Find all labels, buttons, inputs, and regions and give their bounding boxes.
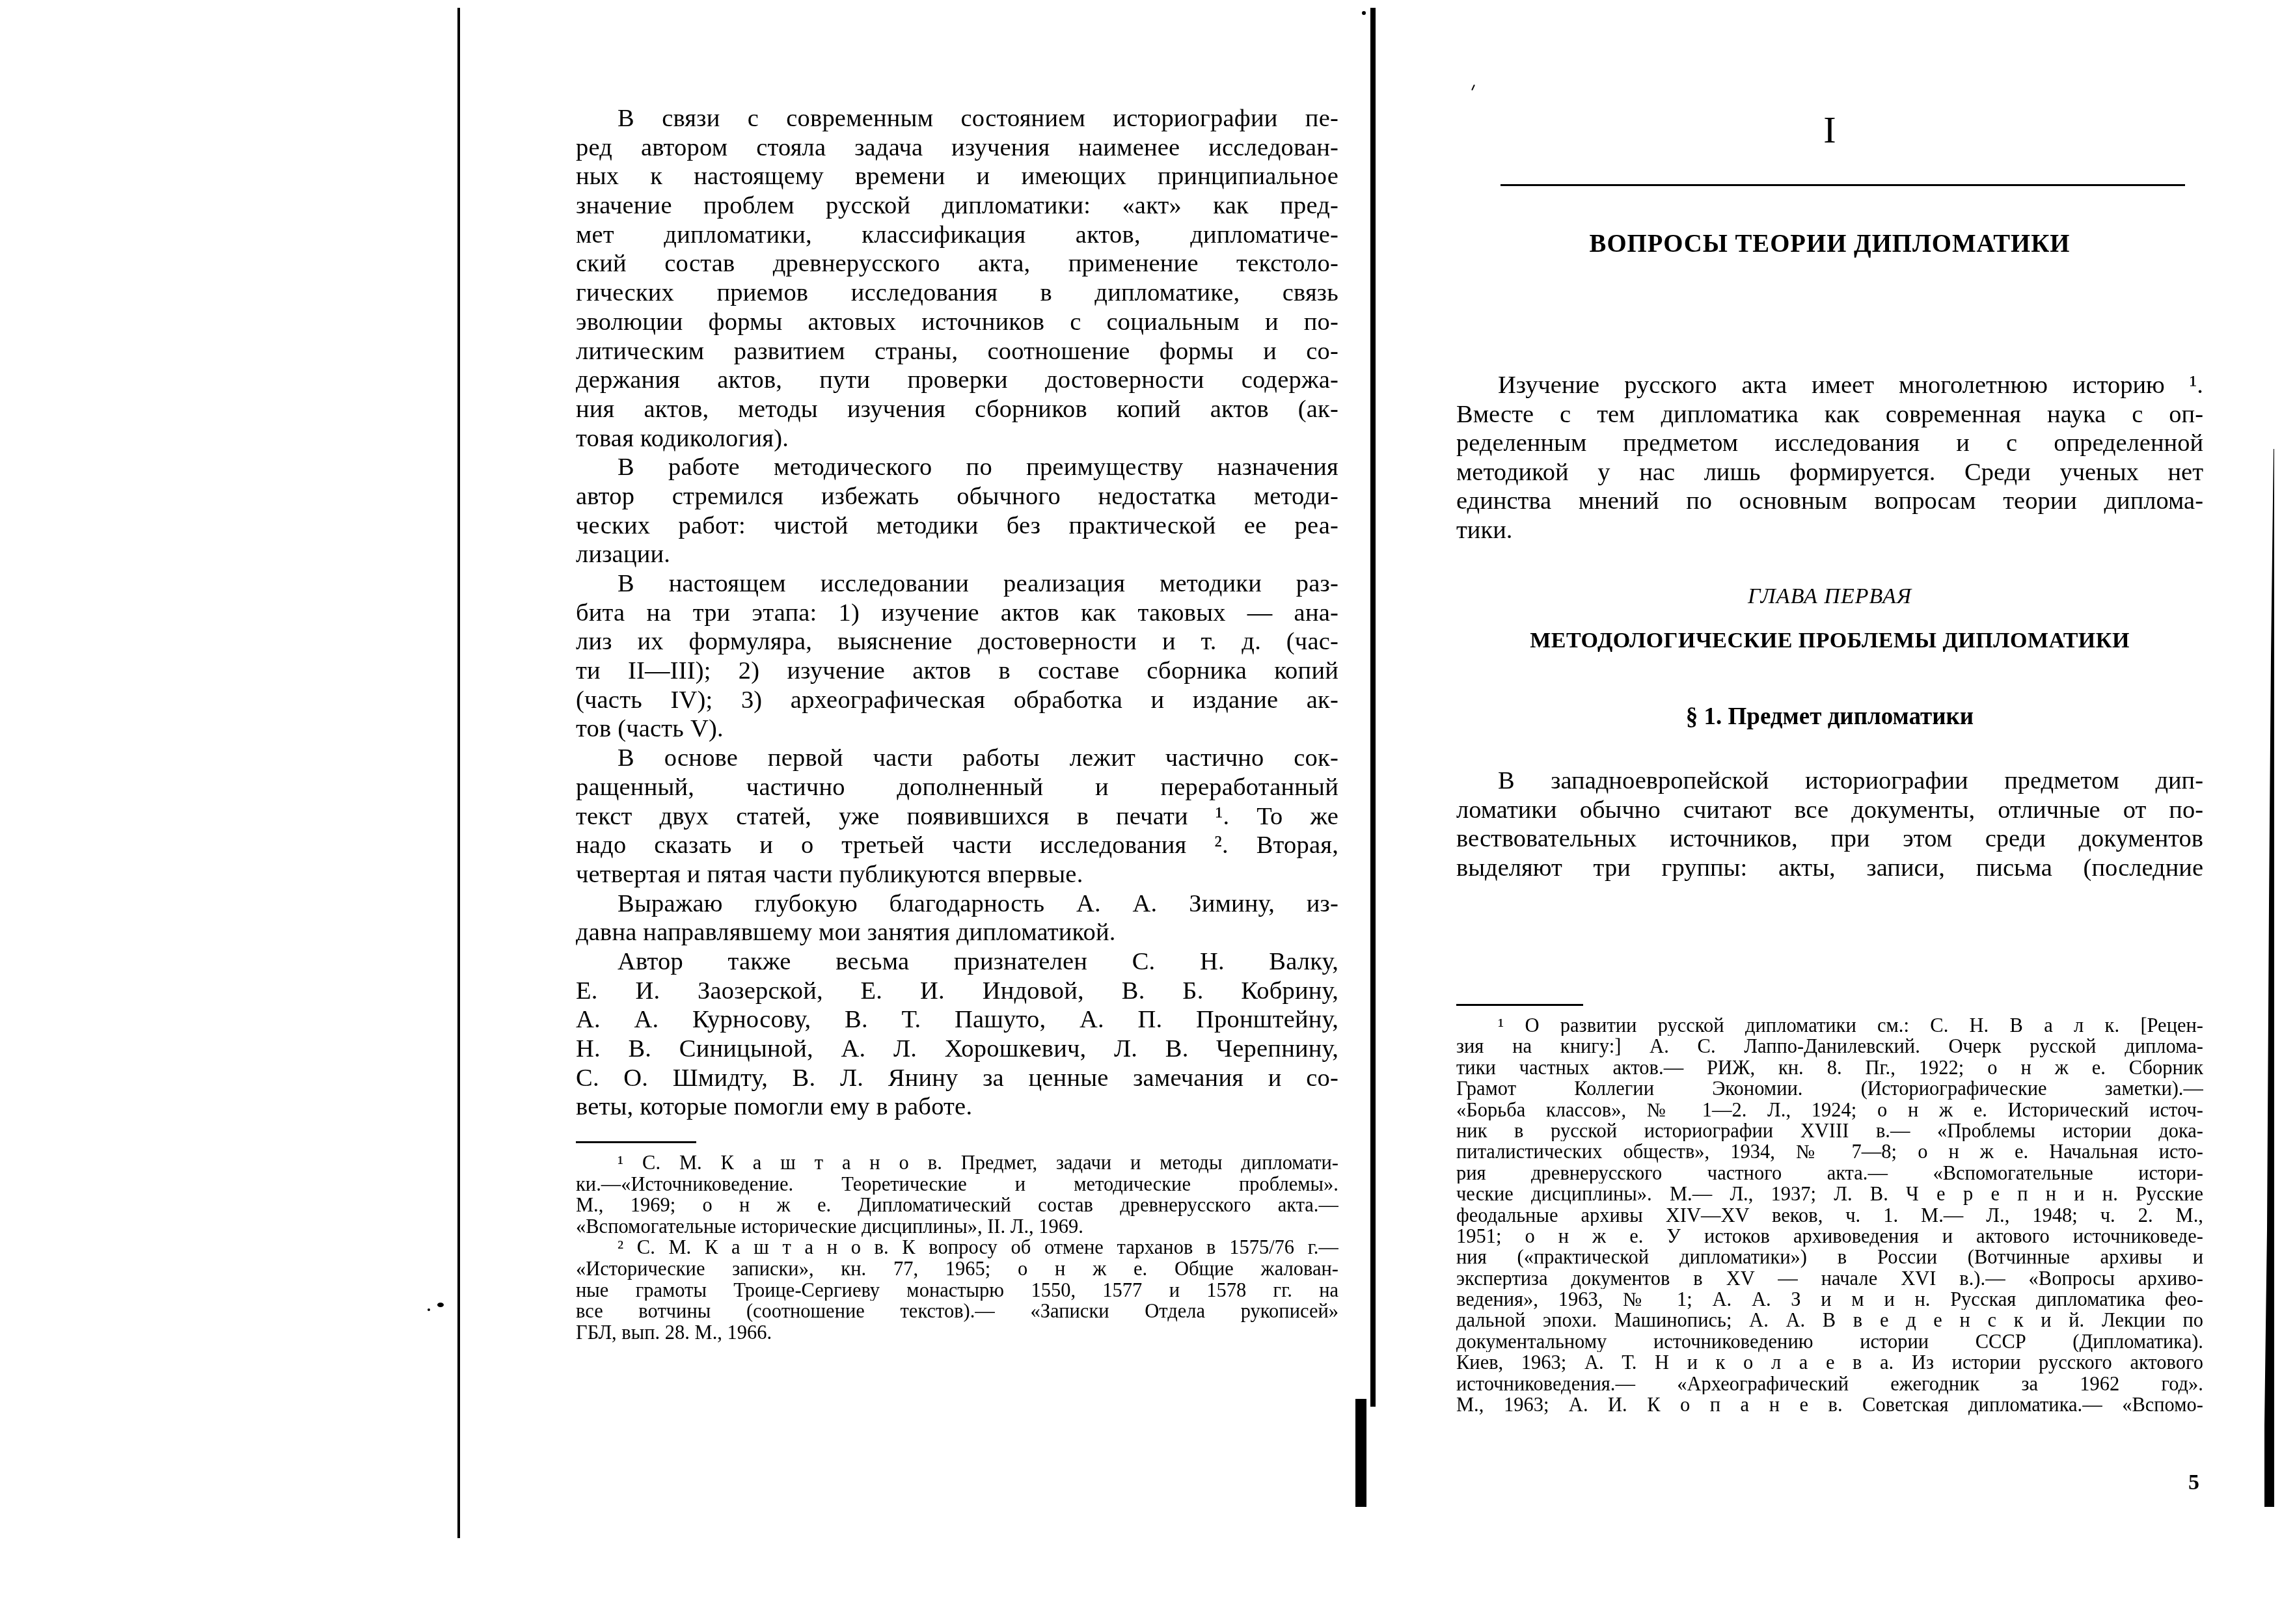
left-footnotes: ¹ С. М. К а ш т а н о в. Предмет, задачи… xyxy=(576,1152,1338,1343)
footnote-line: ведения», 1963, № 1; А. А. З и м и н. Ру… xyxy=(1456,1289,2203,1310)
text-line: В настоящем исследовании реализация мето… xyxy=(576,569,1338,599)
spine-line xyxy=(1370,8,1376,1407)
text-line: С. О. Шмидту, В. Л. Янину за ценные заме… xyxy=(576,1064,1338,1093)
text-line: четвертая и пятая части публикуются впер… xyxy=(576,860,1338,889)
chapter-label: ГЛАВА ПЕРВАЯ xyxy=(1456,584,2203,609)
text-line: ния актов, методы изучения сборников коп… xyxy=(576,395,1338,424)
preface-body: В связи с современным состоянием историо… xyxy=(576,104,1338,1122)
text-line: ращенный, частично дополненный и перераб… xyxy=(576,773,1338,802)
footnote-line: Грамот Коллегии Экономии. (Историографич… xyxy=(1456,1078,2203,1099)
text-line: ческих работ: чистой методики без практи… xyxy=(576,511,1338,541)
footnote-line: «Борьба классов», № 1—2. Л., 1924; о н ж… xyxy=(1456,1100,2203,1120)
text-line: ти II—III); 2) изучение актов в составе … xyxy=(576,656,1338,686)
footnote-line: ¹ О развитии русской дипломатики см.: С.… xyxy=(1456,1015,2203,1036)
text-line: вествовательных источников, при этом сре… xyxy=(1456,824,2203,854)
left-page: В связи с современным состоянием историо… xyxy=(576,104,1338,1343)
text-line: товая кодикология). xyxy=(576,424,1338,453)
text-line: (часть IV); 3) археографическая обработк… xyxy=(576,686,1338,715)
footnote-line: «Исторические записки», кн. 77, 1965; о … xyxy=(576,1258,1338,1280)
left-page-edge-line xyxy=(457,8,460,1538)
text-line: тов (часть V). xyxy=(576,714,1338,744)
text-line: ных к настоящему времени и имеющих принц… xyxy=(576,162,1338,191)
footnote-line: ¹ С. М. К а ш т а н о в. Предмет, задачи… xyxy=(576,1152,1338,1174)
section-title: § 1. Предмет дипломатики xyxy=(1456,703,2203,731)
text-line: Изучение русского акта имеет многолетнюю… xyxy=(1456,371,2203,400)
footnote-line: ки.—«Источниковедение. Теоретические и м… xyxy=(576,1174,1338,1195)
footnote-line: ные грамоты Троице-Сергиеву монастырю 15… xyxy=(576,1280,1338,1301)
text-line: надо сказать и о третьей части исследова… xyxy=(576,831,1338,860)
part-numeral: I xyxy=(1456,111,2203,150)
text-line: В западноевропейской историографии предм… xyxy=(1456,766,2203,796)
text-line: текст двух статей, уже появившихся в печ… xyxy=(576,802,1338,832)
footnote-line: дальной эпохи. Машинопись; А. А. В в е д… xyxy=(1456,1310,2203,1331)
text-line: лизации. xyxy=(576,540,1338,569)
text-line: веты, которые помогли ему в работе. xyxy=(576,1092,1338,1122)
text-line: выделяют три группы: акты, записи, письм… xyxy=(1456,854,2203,883)
footnote-line: зия на книгу:] А. С. Лаппо-Данилевский. … xyxy=(1456,1036,2203,1057)
text-line: эволюции формы актовых источников с соци… xyxy=(576,308,1338,337)
footnote-separator xyxy=(1456,1004,1583,1006)
right-page-edge-shadow xyxy=(2264,449,2282,1509)
footnote-line: ния («практической дипломатики») в Росси… xyxy=(1456,1247,2203,1267)
text-line: давна направлявшему мои занятия дипломат… xyxy=(576,918,1338,947)
scan-speck xyxy=(1471,85,1475,90)
text-line: ломатики обычно считают все документы, о… xyxy=(1456,796,2203,825)
text-line: В работе методического по преимуществу н… xyxy=(576,453,1338,482)
footnote-line: источниковедения.— «Археографический еже… xyxy=(1456,1374,2203,1394)
text-line: Автор также весьма признателен С. Н. Вал… xyxy=(576,947,1338,977)
footnote-line: «Вспомогательные исторические дисциплины… xyxy=(576,1216,1338,1238)
text-line: держания актов, пути проверки достоверно… xyxy=(576,366,1338,395)
footnote-separator xyxy=(576,1141,696,1143)
text-line: ред автором стояла задача изучения наиме… xyxy=(576,133,1338,163)
text-line: методикой у нас лишь формируется. Среди … xyxy=(1456,458,2203,487)
part-title-rule xyxy=(1501,184,2185,186)
text-line: А. А. Курносову, В. Т. Пашуто, А. П. Про… xyxy=(576,1005,1338,1035)
footnote-line: М., 1963; А. И. К о п а н е в. Советская… xyxy=(1456,1394,2203,1415)
footnote-line: ник в русской историографии XVIII в.— «П… xyxy=(1456,1120,2203,1141)
footnote-line: ческие дисциплины». М.— Л., 1937; Л. В. … xyxy=(1456,1184,2203,1204)
text-line: ределенным предметом исследования и с оп… xyxy=(1456,429,2203,458)
footnote-line: тики частных актов.— РИЖ, кн. 8. Пг., 19… xyxy=(1456,1057,2203,1078)
section-body: В западноевропейской историографии предм… xyxy=(1456,766,2203,882)
page-number: 5 xyxy=(2188,1470,2199,1495)
text-line: Е. И. Заозерской, Е. И. Индовой, В. Б. К… xyxy=(576,977,1338,1006)
text-line: тики. xyxy=(1456,516,2203,545)
part-title: ВОПРОСЫ ТЕОРИИ ДИПЛОМАТИКИ xyxy=(1467,228,2192,258)
chapter-title: МЕТОДОЛОГИЧЕСКИЕ ПРОБЛЕМЫ ДИПЛОМАТИКИ xyxy=(1456,629,2203,653)
footnote-line: феодальные архивы XIV—XV веков, ч. 1. М.… xyxy=(1456,1205,2203,1226)
footnote-line: Киев, 1963; А. Т. Н и к о л а е в а. Из … xyxy=(1456,1352,2203,1373)
text-line: Вместе с тем дипломатика как современная… xyxy=(1456,400,2203,429)
text-line: бита на три этапа: 1) изучение актов как… xyxy=(576,599,1338,628)
footnote-line: все вотчины (соотношение текстов).— «Зап… xyxy=(576,1301,1338,1322)
text-line: лиз их формуляра, выяснение достоверност… xyxy=(576,627,1338,656)
text-line: В основе первой части работы лежит части… xyxy=(576,744,1338,773)
text-line: Выражаю глубокую благодарность А. А. Зим… xyxy=(576,889,1338,919)
spine-line-thick-bottom xyxy=(1355,1399,1366,1507)
part-intro: Изучение русского акта имеет многолетнюю… xyxy=(1456,371,2203,545)
text-line: Н. В. Синицыной, А. Л. Хорошкевич, Л. В.… xyxy=(576,1035,1338,1064)
text-line: ский состав древнерусского акта, примене… xyxy=(576,249,1338,278)
text-line: гических приемов исследования в дипломат… xyxy=(576,278,1338,308)
footnote-line: М., 1969; о н ж е. Дипломатический соста… xyxy=(576,1195,1338,1216)
text-line: мет дипломатики, классификация актов, ди… xyxy=(576,221,1338,250)
footnote-line: рия древнерусского частного акта.— «Вспо… xyxy=(1456,1163,2203,1184)
footnote-line: 1951; о н ж е. У истоков архивоведения и… xyxy=(1456,1226,2203,1247)
text-line: единства мнений по основным вопросам тео… xyxy=(1456,487,2203,516)
text-line: значение проблем русской дипломатики: «а… xyxy=(576,191,1338,221)
text-line: автор стремился избежать обычного недост… xyxy=(576,482,1338,511)
scan-speck xyxy=(1362,11,1366,15)
footnote-line: ² С. М. К а ш т а н о в. К вопросу об от… xyxy=(576,1237,1338,1258)
footnote-line: документальному источниковедению истории… xyxy=(1456,1331,2203,1352)
scan-speck xyxy=(437,1303,444,1307)
right-footnotes: ¹ О развитии русской дипломатики см.: С.… xyxy=(1456,1015,2203,1415)
text-line: В связи с современным состоянием историо… xyxy=(576,104,1338,133)
footnote-line: ГБЛ, вып. 28. М., 1966. xyxy=(576,1322,1338,1344)
footnote-line: экспертиза документов в XV — начале XVI … xyxy=(1456,1268,2203,1289)
text-line: литическим развитием страны, соотношение… xyxy=(576,337,1338,366)
scan-speck xyxy=(428,1308,430,1311)
footnote-line: питалистических обществ», 1934, № 7—8; о… xyxy=(1456,1141,2203,1162)
